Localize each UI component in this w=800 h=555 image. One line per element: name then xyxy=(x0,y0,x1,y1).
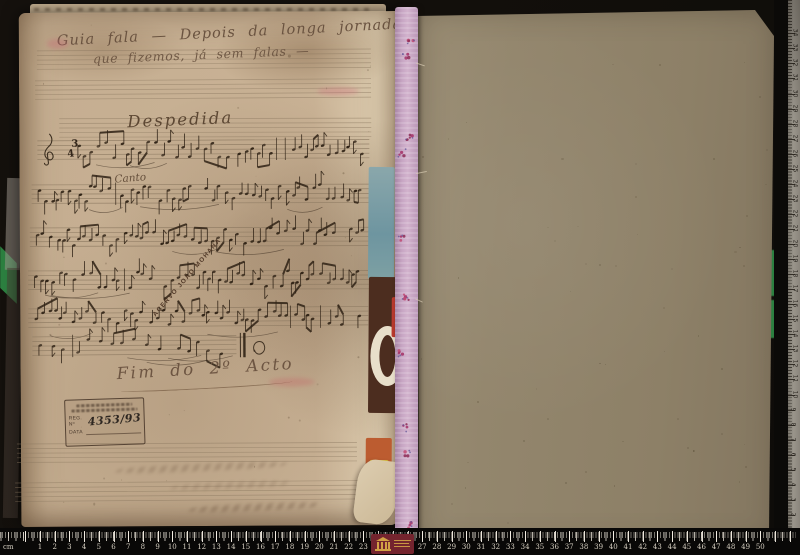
ruler-cm-number: 20 xyxy=(312,543,326,551)
ruler-cm-tick xyxy=(613,531,614,542)
ruler-cm-number: 15 xyxy=(239,543,253,551)
ruler-cm-tick xyxy=(731,531,732,542)
ruler-cm-tick xyxy=(584,531,585,542)
date-label: DATA xyxy=(69,429,83,435)
ruler-cm-number: 19 xyxy=(298,543,312,551)
ruler-cm-number: 48 xyxy=(724,543,738,551)
ruler-cm-number: 23 xyxy=(356,543,370,551)
logo-text-line xyxy=(394,540,411,541)
ruler-cm-number: 13 xyxy=(209,543,223,551)
library-logo-icon xyxy=(371,534,414,554)
ruler-cm-number: 16 xyxy=(254,543,268,551)
ruler-cm-tick xyxy=(246,531,247,542)
ruler-cm-number: 30 xyxy=(459,543,473,551)
cm-unit-label: cm xyxy=(3,543,14,551)
ruler-cm-tick xyxy=(349,531,350,542)
ruler-cm-number: 37 xyxy=(562,543,576,551)
ruler-cm-tick xyxy=(569,531,570,542)
ruler-cm-number: 43 xyxy=(650,543,664,551)
ruler-cm-number: 45 xyxy=(680,543,694,551)
ruler-cm-tick xyxy=(510,531,511,542)
ruler-cm-tick xyxy=(643,531,644,542)
ruler-cm-number: 39 xyxy=(592,543,606,551)
ruler-cm-tick xyxy=(114,531,115,542)
scanned-book-spread: Guia fala — Depois da longa jornada que … xyxy=(0,0,800,555)
teal-page-sliver xyxy=(368,167,395,279)
ruler-cm-number: 22 xyxy=(342,543,356,551)
ruler-cm-tick xyxy=(496,531,497,542)
ruler-cm-number: 3 xyxy=(62,543,76,551)
floral-pattern xyxy=(395,7,418,533)
ruler-cm-tick xyxy=(290,531,291,542)
ruler-cm-tick xyxy=(158,531,159,542)
ruler-cm-number: 31 xyxy=(474,543,488,551)
ruler-cm-tick xyxy=(540,531,541,542)
ruler-cm-tick xyxy=(687,531,688,542)
ruler-cm-tick xyxy=(143,531,144,542)
ruler-cm-tick xyxy=(525,531,526,542)
logo-text-line xyxy=(394,546,410,547)
ruler-cm-tick xyxy=(128,531,129,542)
ruler-cm-tick xyxy=(481,531,482,542)
ruler-cm-tick xyxy=(69,531,70,542)
time-signature-denominator: 4 xyxy=(67,148,75,160)
part-label: Canto xyxy=(114,171,146,185)
ruler-cm-number: 33 xyxy=(503,543,517,551)
ruler-cm-tick xyxy=(716,531,717,542)
building-glyph xyxy=(375,537,391,551)
ruler-cm-tick xyxy=(202,531,203,542)
ruler-cm-number: 28 xyxy=(430,543,444,551)
ruler-cm-tick xyxy=(599,531,600,542)
ruler-cm-tick xyxy=(555,531,556,542)
stamp-illegible-line-1 xyxy=(76,403,132,408)
ruler-cm-tick xyxy=(790,531,791,542)
ruler-cm-tick xyxy=(187,531,188,542)
ruler-cm-tick xyxy=(422,531,423,542)
ruler-cm-tick xyxy=(40,531,41,542)
ruler-cm-number: 27 xyxy=(415,543,429,551)
ruler-cm-tick xyxy=(628,531,629,542)
ruler-cm-tick xyxy=(760,531,761,542)
ruler-cm-tick xyxy=(334,531,335,542)
ruler-cm-number: 40 xyxy=(606,543,620,551)
ruler-cm-number: 17 xyxy=(268,543,282,551)
ruler-cm-number: 50 xyxy=(753,543,767,551)
ruler-cm-number: 32 xyxy=(489,543,503,551)
registration-stamp: REG. Nº 4353/93 DATA xyxy=(64,397,145,446)
ruler-shadow xyxy=(788,0,800,555)
ruler-cm-number: 7 xyxy=(121,543,135,551)
ruler-cm-number: 10 xyxy=(165,543,179,551)
left-page-manuscript: Guia fala — Depois da longa jornada que … xyxy=(19,11,400,527)
ruler-cm-number: 47 xyxy=(709,543,723,551)
ruler-cm-number: 2 xyxy=(48,543,62,551)
ruler-cm-number: 38 xyxy=(577,543,591,551)
ruler-cm-number: 5 xyxy=(92,543,106,551)
ruler-cm-tick xyxy=(275,531,276,542)
ruler-cm-number: 6 xyxy=(107,543,121,551)
ruler-cm-tick xyxy=(84,531,85,542)
horizontal-ruler: cm 1234567891011121314151617181920212223… xyxy=(0,528,800,555)
registration-number: 4353/93 xyxy=(87,411,141,428)
reg-label: REG. Nº xyxy=(69,415,85,427)
ruler-cm-tick xyxy=(437,531,438,542)
ruler-cm-number: 41 xyxy=(621,543,635,551)
ruler-cm-tick xyxy=(657,531,658,542)
ruler-cm-number: 34 xyxy=(518,543,532,551)
ruler-cm-number: 35 xyxy=(533,543,547,551)
ruler-cm-number: 36 xyxy=(548,543,562,551)
ruler-cm-tick xyxy=(216,531,217,542)
ruler-cm-tick xyxy=(172,531,173,542)
ruler-cm-number: 29 xyxy=(445,543,459,551)
right-page-board xyxy=(417,8,779,546)
ruler-cm-tick xyxy=(319,531,320,542)
ruler-cm-number: 21 xyxy=(327,543,341,551)
ruler-cm-tick xyxy=(775,531,776,542)
ruler-cm-tick xyxy=(363,531,364,542)
ruler-cm-tick xyxy=(305,531,306,542)
vertical-ruler: 0123456789101112131415161718192021222324… xyxy=(788,0,800,555)
ruler-cm-tick xyxy=(99,531,100,542)
ruler-cm-number: 11 xyxy=(180,543,194,551)
ruler-cm-number: 1 xyxy=(33,543,47,551)
ruler-cm-number: 4 xyxy=(77,543,91,551)
ruler-cm-number: 49 xyxy=(739,543,753,551)
ruler-cm-tick xyxy=(55,531,56,542)
logo-text-line xyxy=(394,543,409,544)
ruler-cm-tick xyxy=(466,531,467,542)
ruler-cm-tick xyxy=(746,531,747,542)
ruler-cm-number: 8 xyxy=(136,543,150,551)
binding-fabric xyxy=(395,7,418,533)
date-blank-line xyxy=(86,427,141,435)
ruler-cm-tick xyxy=(452,531,453,542)
ruler-cm-number: 42 xyxy=(636,543,650,551)
ruler-cm-number: 46 xyxy=(695,543,709,551)
ruler-cm-tick xyxy=(231,531,232,542)
ruler-cm-number: 12 xyxy=(195,543,209,551)
ruler-cm-number: 9 xyxy=(151,543,165,551)
ruler-cm-number: 14 xyxy=(224,543,238,551)
ruler-cm-number: 44 xyxy=(665,543,679,551)
ruler-cm-number: 18 xyxy=(283,543,297,551)
ruler-cm-tick xyxy=(261,531,262,542)
ruler-cm-tick xyxy=(702,531,703,542)
ruler-cm-tick xyxy=(25,531,26,542)
ruler-cm-tick xyxy=(672,531,673,542)
